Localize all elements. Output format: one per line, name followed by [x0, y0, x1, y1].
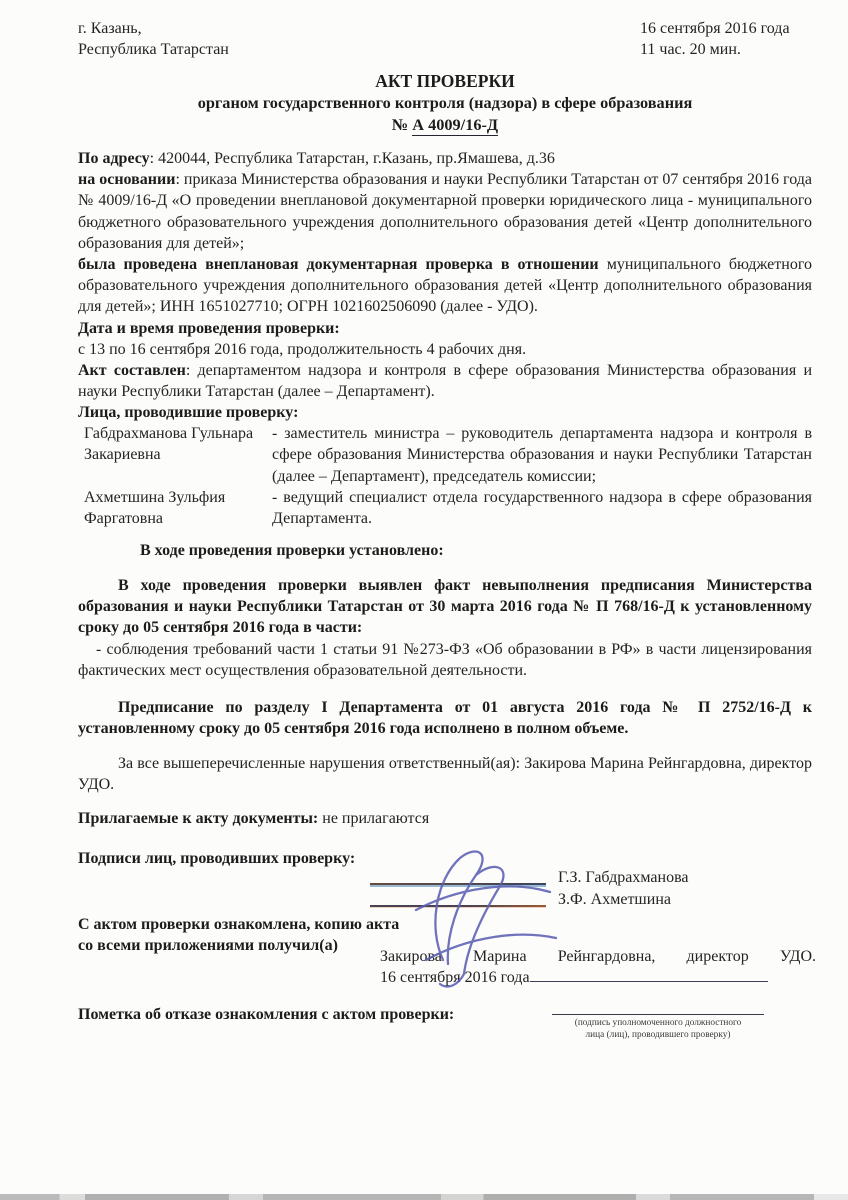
violation-detail-paragraph: - соблюдения требований части 1 статьи 9… [78, 639, 812, 681]
inspectors-heading: Лица, проводившие проверку: [78, 402, 812, 423]
violation-paragraph: В ходе проведения проверки выявлен факт … [78, 575, 812, 639]
inspector-role: - заместитель министра – руководитель де… [272, 423, 812, 487]
address-value: : 420044, Республика Татарстан, г.Казань… [150, 150, 555, 167]
inspectors-table: Габдрахманова Гульнара Закариевна - заме… [84, 423, 812, 529]
address-paragraph: По адресу: 420044, Республика Татарстан,… [78, 148, 812, 169]
document-number-line: № А 4009/16-Д [78, 114, 812, 136]
findings-heading: В ходе проведения проверки установлено: [78, 540, 812, 561]
scanned-document-page: { "colors": { "ink": "#232323", "signatu… [0, 0, 848, 1200]
document-title: АКТ ПРОВЕРКИ [78, 70, 812, 92]
document-number: А 4009/16-Д [412, 115, 498, 136]
basis-paragraph: на основании: приказа Министерства образ… [78, 169, 812, 254]
header-datetime: 16 сентября 2016 года 11 час. 20 мин. [640, 18, 814, 60]
inspector-role: - ведущий специалист отдела государствен… [272, 487, 812, 529]
act-composed-label: Акт составлен [78, 362, 186, 379]
act-composed-paragraph: Акт составлен: департаментом надзора и к… [78, 360, 812, 402]
header-time: 11 час. 20 мин. [640, 39, 814, 60]
signature-caption-line1: (подпись уполномоченного должностного [552, 1018, 764, 1030]
datetime-heading: Дата и время проведения проверки: [78, 318, 812, 339]
inspectors-section: Лица, проводившие проверку: Габдрахманов… [78, 402, 812, 529]
number-prefix: № [392, 115, 412, 134]
header-place: г. Казань, Республика Татарстан [78, 18, 229, 60]
inspection-paragraph: была проведена внеплановая документарная… [78, 254, 812, 318]
inspection-lead: была проведена внеплановая документарная… [78, 256, 599, 273]
responsible-paragraph: За все вышеперечисленные нарушения ответ… [78, 753, 812, 795]
duration-line: с 13 по 16 сентября 2016 года, продолжит… [78, 339, 812, 360]
header-region: Республика Татарстан [78, 39, 229, 60]
inspectors-heading-label: Лица, проводившие проверку: [78, 404, 298, 421]
header-city: г. Казань, [78, 18, 229, 39]
document-title-block: АКТ ПРОВЕРКИ органом государственного ко… [78, 70, 812, 135]
act-composed-value: : департаментом надзора и контроля в сфе… [78, 362, 812, 400]
signature-caption: (подпись уполномоченного должностного ли… [552, 1014, 764, 1041]
basis-value: : приказа Министерства образования и нау… [78, 171, 812, 252]
handwritten-signature-icon [398, 842, 598, 994]
header-date: 16 сентября 2016 года [640, 18, 814, 39]
inspector-name: Габдрахманова Гульнара Закариевна [84, 423, 272, 487]
intro-section: По адресу: 420044, Республика Татарстан,… [78, 148, 812, 402]
address-label: По адресу [78, 150, 150, 167]
signature-caption-line2: лица (лиц), проводившего проверку) [552, 1030, 764, 1042]
document-subtitle: органом государственного контроля (надзо… [78, 92, 812, 114]
inspector-name: Ахметшина Зульфия Фаргатовна [84, 487, 272, 529]
attachments-line: Прилагаемые к акту документы: не прилага… [78, 808, 812, 829]
datetime-heading-label: Дата и время проведения проверки: [78, 320, 340, 337]
scan-edge-band [0, 1194, 848, 1200]
attachments-label: Прилагаемые к акту документы: [78, 810, 318, 827]
prescription-paragraph: Предписание по разделу I Департамента от… [78, 697, 812, 739]
attachments-value: не прилагаются [322, 810, 429, 827]
basis-label: на основании [78, 171, 175, 188]
